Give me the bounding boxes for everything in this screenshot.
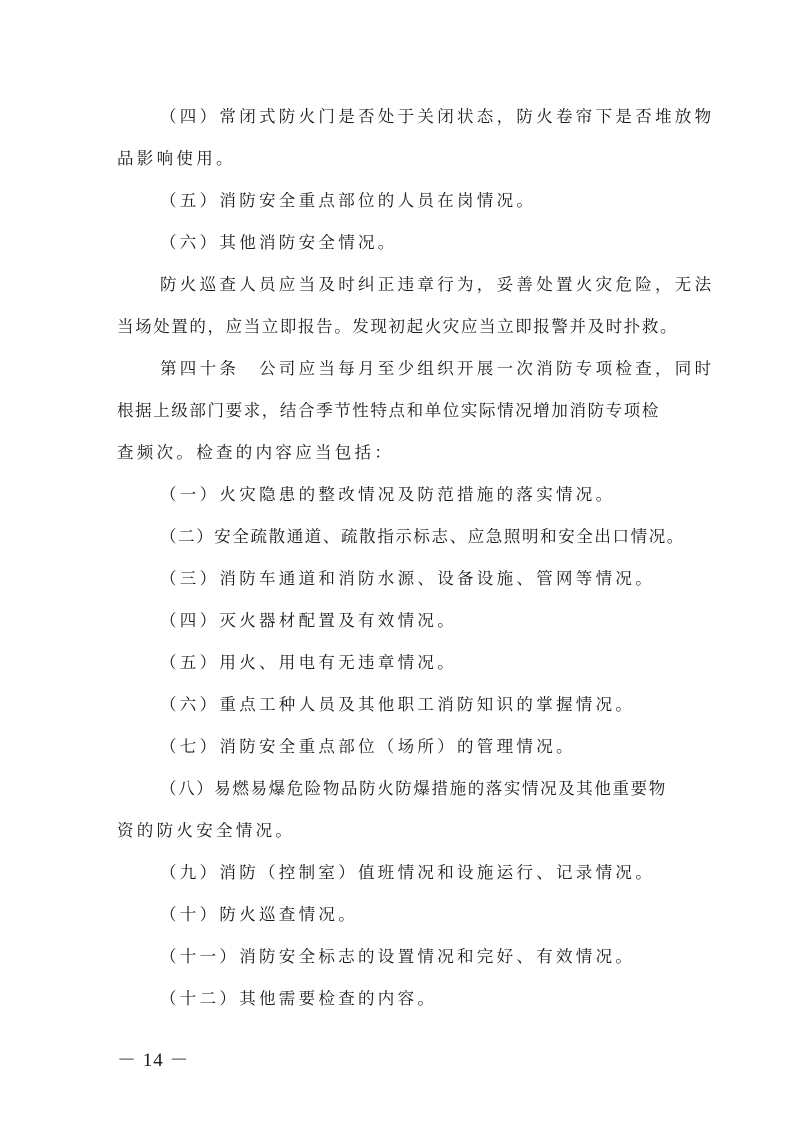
list-item-patrol-5: （五）消防安全重点部位的人员在岗情况。 <box>117 184 679 226</box>
list-item-check-8: （八）易燃易爆危险物品防火防爆措施的落实情况及其他重要物 <box>117 772 679 814</box>
list-item-patrol-6: （六）其他消防安全情况。 <box>117 226 679 268</box>
article-40-heading: 第四十条 公司应当每月至少组织开展一次消防专项检查，同时 <box>117 352 679 394</box>
document-page: （四）常闭式防火门是否处于关闭状态，防火卷帘下是否堆放物 品影响使用。 （五）消… <box>0 0 794 1123</box>
article-40-cont-1: 根据上级部门要求，结合季节性特点和单位实际情况增加消防专项检 <box>117 394 679 436</box>
list-item-check-9: （九）消防（控制室）值班情况和设施运行、记录情况。 <box>117 856 679 898</box>
list-item-check-3: （三）消防车通道和消防水源、设备设施、管网等情况。 <box>117 562 679 604</box>
list-item-check-11: （十一）消防安全标志的设置情况和完好、有效情况。 <box>117 940 679 982</box>
document-body: （四）常闭式防火门是否处于关闭状态，防火卷帘下是否堆放物 品影响使用。 （五）消… <box>117 100 679 1024</box>
paragraph-patrol-duty: 防火巡查人员应当及时纠正违章行为，妥善处置火灾危险，无法 <box>117 268 679 310</box>
list-item-check-1: （一）火灾隐患的整改情况及防范措施的落实情况。 <box>117 478 679 520</box>
page-number: － 14 － <box>117 1045 190 1072</box>
list-item-check-10: （十）防火巡查情况。 <box>117 898 679 940</box>
list-item-patrol-4: （四）常闭式防火门是否处于关闭状态，防火卷帘下是否堆放物 <box>117 100 679 142</box>
list-item-check-6: （六）重点工种人员及其他职工消防知识的掌握情况。 <box>117 688 679 730</box>
list-item-check-4: （四）灭火器材配置及有效情况。 <box>117 604 679 646</box>
list-item-check-12: （十二）其他需要检查的内容。 <box>117 982 679 1024</box>
paragraph-patrol-duty-cont: 当场处置的，应当立即报告。发现初起火灾应当立即报警并及时扑救。 <box>117 310 679 352</box>
article-40-cont-2: 查频次。检查的内容应当包括： <box>117 436 679 478</box>
list-item-check-7: （七）消防安全重点部位（场所）的管理情况。 <box>117 730 679 772</box>
list-item-check-5: （五）用火、用电有无违章情况。 <box>117 646 679 688</box>
list-item-patrol-4-cont: 品影响使用。 <box>117 142 679 184</box>
list-item-check-2: （二）安全疏散通道、疏散指示标志、应急照明和安全出口情况。 <box>117 520 679 562</box>
list-item-check-8-cont: 资的防火安全情况。 <box>117 814 679 856</box>
